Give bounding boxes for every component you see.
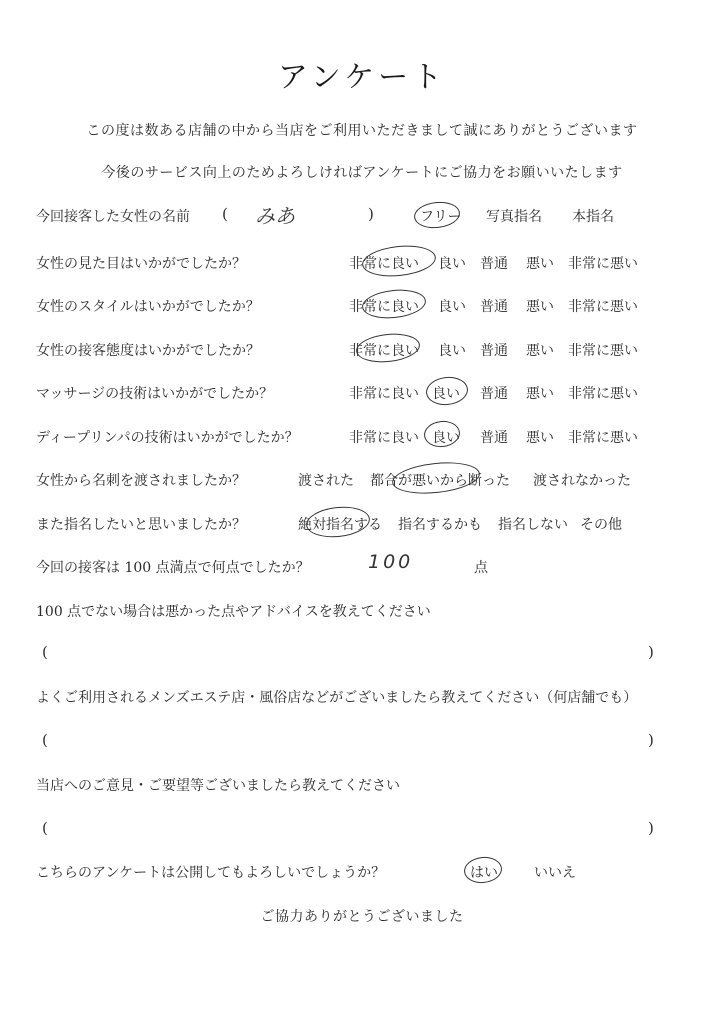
name-question: 今回接客した女性の名前	[36, 206, 190, 226]
paren-close: )	[648, 819, 654, 837]
option-normal[interactable]: 普通	[480, 340, 508, 360]
question-label: また指名したいと思いましたか？	[36, 514, 246, 534]
score-unit: 点	[474, 557, 488, 577]
option-very-bad[interactable]: 非常に悪い	[568, 296, 638, 316]
option-bad[interactable]: 悪い	[526, 427, 554, 447]
option-free[interactable]: フリー	[420, 206, 461, 226]
option-definitely[interactable]: 絶対指名する	[298, 514, 382, 534]
paren-close: )	[648, 643, 654, 661]
option-received[interactable]: 渡された	[298, 470, 354, 490]
question-label: 当店へのご意見・ご要望等ございましたら教えてください	[36, 775, 400, 795]
question-label: 女性から名刺を渡されましたか？	[36, 470, 246, 490]
option-main-nomination[interactable]: 本指名	[572, 206, 614, 226]
option-good[interactable]: 良い	[438, 340, 466, 360]
option-very-bad[interactable]: 非常に悪い	[568, 427, 638, 447]
option-declined[interactable]: 都合が悪いから断った	[370, 470, 510, 490]
option-bad[interactable]: 悪い	[526, 383, 554, 403]
feedback-answer-field[interactable]	[60, 819, 640, 839]
name-answer[interactable]: みあ	[255, 200, 295, 229]
intro-line-2: 今後のサービス向上のためよろしければアンケートにご協力をお願いいたします	[0, 162, 724, 182]
option-no[interactable]: 指名しない	[498, 514, 568, 534]
option-very-bad[interactable]: 非常に悪い	[568, 340, 638, 360]
question-label: マッサージの技術はいかがでしたか？	[36, 383, 273, 403]
option-good[interactable]: 良い	[438, 253, 466, 273]
option-very-good[interactable]: 非常に良い	[349, 253, 419, 273]
question-label: 女性の接客態度はいかがでしたか？	[36, 340, 260, 360]
option-photo-nomination[interactable]: 写真指名	[486, 206, 542, 226]
question-label: 女性の見た目はいかがでしたか？	[36, 253, 246, 273]
option-normal[interactable]: 普通	[480, 427, 508, 447]
option-bad[interactable]: 悪い	[526, 253, 554, 273]
name-paren-open: (	[222, 205, 228, 223]
paren-open: (	[42, 819, 48, 837]
option-normal[interactable]: 普通	[480, 296, 508, 316]
option-very-bad[interactable]: 非常に悪い	[568, 253, 638, 273]
option-good[interactable]: 良い	[432, 383, 460, 403]
option-bad[interactable]: 悪い	[526, 340, 554, 360]
option-bad[interactable]: 悪い	[526, 296, 554, 316]
score-answer[interactable]: 100	[368, 551, 413, 573]
name-paren-close: )	[368, 205, 374, 223]
option-yes[interactable]: はい	[470, 862, 498, 882]
option-normal[interactable]: 普通	[480, 383, 508, 403]
survey-title: アンケート	[0, 52, 724, 96]
other-shops-answer-field[interactable]	[60, 731, 640, 751]
option-other[interactable]: その他	[580, 514, 622, 534]
option-very-good[interactable]: 非常に良い	[349, 427, 419, 447]
paren-open: (	[42, 731, 48, 749]
closing-message: ご協力ありがとうございました	[0, 906, 724, 926]
option-good[interactable]: 良い	[438, 296, 466, 316]
option-very-good[interactable]: 非常に良い	[349, 383, 419, 403]
question-label: 今回の接客は 100 点満点で何点でしたか？	[36, 557, 310, 577]
paren-open: (	[42, 643, 48, 661]
intro-line-1: この度は数ある店舗の中から当店をご利用いただきまして誠にありがとうございます	[0, 120, 724, 140]
option-maybe[interactable]: 指名するかも	[398, 514, 482, 534]
paren-close: )	[648, 731, 654, 749]
question-label: 100 点でない場合は悪かった点やアドバイスを教えてください	[36, 601, 431, 621]
question-label: こちらのアンケートは公開してもよろしいでしょうか？	[36, 862, 385, 882]
option-very-good[interactable]: 非常に良い	[349, 296, 419, 316]
option-very-bad[interactable]: 非常に悪い	[568, 383, 638, 403]
question-label: よくご利用されるメンズエステ店・風俗店などがございましたら教えてください（何店舗…	[36, 687, 637, 707]
option-not-received[interactable]: 渡されなかった	[533, 470, 631, 490]
option-good[interactable]: 良い	[432, 427, 460, 447]
option-very-good[interactable]: 非常に良い	[349, 340, 419, 360]
option-no[interactable]: いいえ	[534, 862, 576, 882]
option-normal[interactable]: 普通	[480, 253, 508, 273]
advice-answer-field[interactable]	[60, 643, 640, 663]
question-label: ディープリンパの技術はいかがでしたか？	[36, 427, 299, 447]
question-label: 女性のスタイルはいかがでしたか？	[36, 296, 260, 316]
